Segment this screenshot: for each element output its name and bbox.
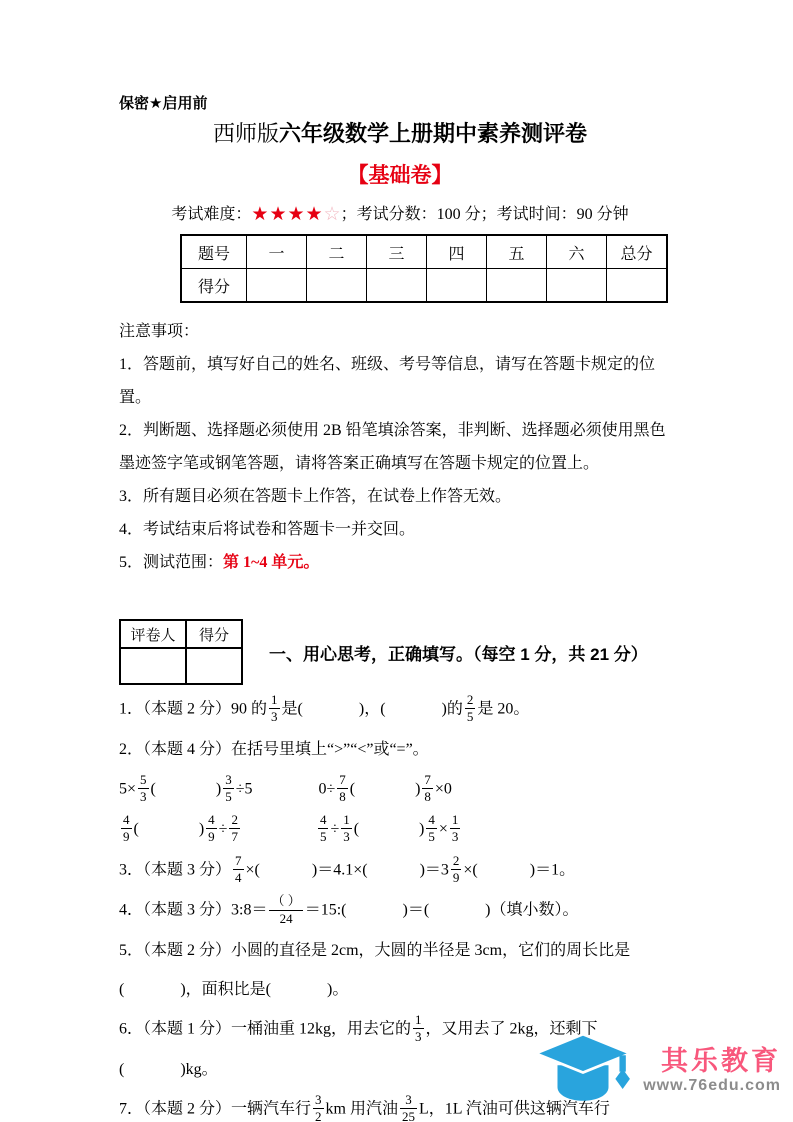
score-header-cell: 六 [547,235,607,269]
question-5-line-1: 5．（本题 2 分）小圆的直径是 2cm，大圆的半径是 3cm，它们的周长比是 [119,936,681,966]
note-item: 2．判断题、选择题必须使用 2B 铅笔填涂答案，非判断、选择题必须使用黑色墨迹签… [119,414,681,480]
score-time-text: ；考试分数：100 分；考试时间：90 分钟 [341,206,629,223]
test-range-prefix: 5．测试范围： [119,554,223,571]
grader-empty-cell [120,648,186,684]
star-filled-icons: ★★★★ [251,204,323,225]
score-empty-cell [487,269,547,303]
answer-blank [156,791,216,793]
answer-blank [124,1072,180,1074]
question-1: 1．（本题 2 分）90 的13是()，()的25是 20。 [119,694,681,726]
exam-paper-page: 保密★启用前 西师版六年级数学上册期中素养测评卷 【基础卷】 考试难度：★★★★… [0,0,793,1122]
answer-blank [386,711,442,713]
score-header-cell: 四 [427,235,487,269]
paper-type-subtitle: 【基础卷】 [119,159,681,189]
brand-name: 其乐教育 [661,1046,781,1076]
fraction: 49 [121,813,132,845]
score-header-cell: 二 [307,235,367,269]
fraction: 13 [269,693,280,725]
notes-section: 注意事项： 1．答题前，填写好自己的姓名、班级、考号等信息，请写在答题卡规定的位… [119,315,681,579]
brand-url: www.76edu.com [643,1076,781,1095]
answer-blank [478,872,530,874]
grader-empty-cell [186,648,242,684]
score-empty-cell [607,269,668,303]
table-row: 评卷人 得分 [120,620,242,648]
title-main: 六年级数学上册期中素养测评卷 [279,121,587,146]
fraction: 13 [341,813,352,845]
fraction: 13 [413,1013,424,1045]
fraction: 35 [223,773,234,805]
score-summary-table: 题号 一 二 三 四 五 六 总分 得分 [180,234,668,303]
section1-heading: 一、用心思考，正确填写。（每空 1 分，共 21 分） [269,640,648,665]
fraction: 45 [318,813,329,845]
question-4: 4．（本题 3 分）3:8＝（ ）24＝15:()＝()（填小数）。 [119,895,681,927]
fraction: 78 [422,773,433,805]
fraction: 325 [400,1093,417,1122]
question-3: 3．（本题 3 分）74×()＝4.1×()＝329×()＝1。 [119,855,681,887]
brand-text-block: 其乐教育 www.76edu.com [643,1046,781,1095]
title-prefix: 西师版 [213,121,279,146]
score-empty-cell [367,269,427,303]
table-row: 题号 一 二 三 四 五 六 总分 [181,235,667,269]
answer-blank [355,791,415,793]
score-empty-cell [307,269,367,303]
score-header-cell: 三 [367,235,427,269]
score-header-cell: 题号 [181,235,247,269]
score-empty-cell [247,269,307,303]
answer-blank [429,913,485,915]
score-header-cell: 一 [247,235,307,269]
publisher-logo: 其乐教育 www.76edu.com [527,1027,781,1114]
note-item: 4．考试结束后将试卷和答题卡一并交回。 [119,513,681,546]
answer-blank [368,872,420,874]
answer-blank [139,832,199,834]
fraction: 49 [206,813,217,845]
question-2-compare-row-1: 5×53()35÷50÷78()78×0 [119,774,681,806]
question-2: 2．（本题 4 分）在括号里填上“>”“<”或“=”。 [119,735,681,765]
fraction: 27 [229,813,240,845]
grader-score-label: 得分 [186,620,242,648]
answer-blank [303,711,359,713]
fraction: 53 [138,773,149,805]
question-2-compare-row-2: 49()49÷2745÷13()45×13 [119,814,681,846]
fraction: 29 [451,854,462,886]
grader-score-box: 评卷人 得分 [119,619,243,685]
grader-label: 评卷人 [120,620,186,648]
graduation-cap-icon [527,1027,639,1114]
test-range-value: 第 1~4 单元。 [223,554,319,571]
exam-info-line: 考试难度：★★★★☆；考试分数：100 分；考试时间：90 分钟 [119,201,681,226]
fraction: （ ）24 [269,894,302,926]
fraction: 74 [233,854,244,886]
answer-blank [124,992,180,994]
fraction: 45 [426,813,437,845]
secrecy-notice: 保密★启用前 [119,92,681,113]
answer-blank [359,832,419,834]
question-5-line-2: ()，面积比是()。 [119,975,681,1005]
page-title: 西师版六年级数学上册期中素养测评卷 [119,119,681,149]
column-gap [242,832,316,834]
exam-content: 保密★启用前 西师版六年级数学上册期中素养测评卷 【基础卷】 考试难度：★★★★… [0,0,793,1122]
notes-heading: 注意事项： [119,315,681,348]
answer-blank [271,992,327,994]
grader-section-row: 评卷人 得分 一、用心思考，正确填写。（每空 1 分，共 21 分） [119,619,681,685]
fraction: 25 [465,693,476,725]
difficulty-label: 考试难度： [171,206,251,223]
note-item-test-range: 5．测试范围：第 1~4 单元。 [119,546,681,579]
note-item: 1．答题前，填写好自己的姓名、班级、考号等信息，请写在答题卡规定的位置。 [119,348,681,414]
score-empty-cell [547,269,607,303]
score-row-label: 得分 [181,269,247,303]
table-row: 得分 [181,269,667,303]
fraction: 78 [337,773,348,805]
fraction: 32 [313,1093,324,1122]
answer-blank [347,913,403,915]
fraction: 13 [450,813,461,845]
score-header-cell: 总分 [607,235,668,269]
star-empty-icon: ☆ [324,204,341,225]
score-header-cell: 五 [487,235,547,269]
note-item: 3．所有题目必须在答题卡上作答，在试卷上作答无效。 [119,480,681,513]
table-row [120,648,242,684]
answer-blank [260,872,312,874]
column-gap [252,791,318,793]
score-empty-cell [427,269,487,303]
